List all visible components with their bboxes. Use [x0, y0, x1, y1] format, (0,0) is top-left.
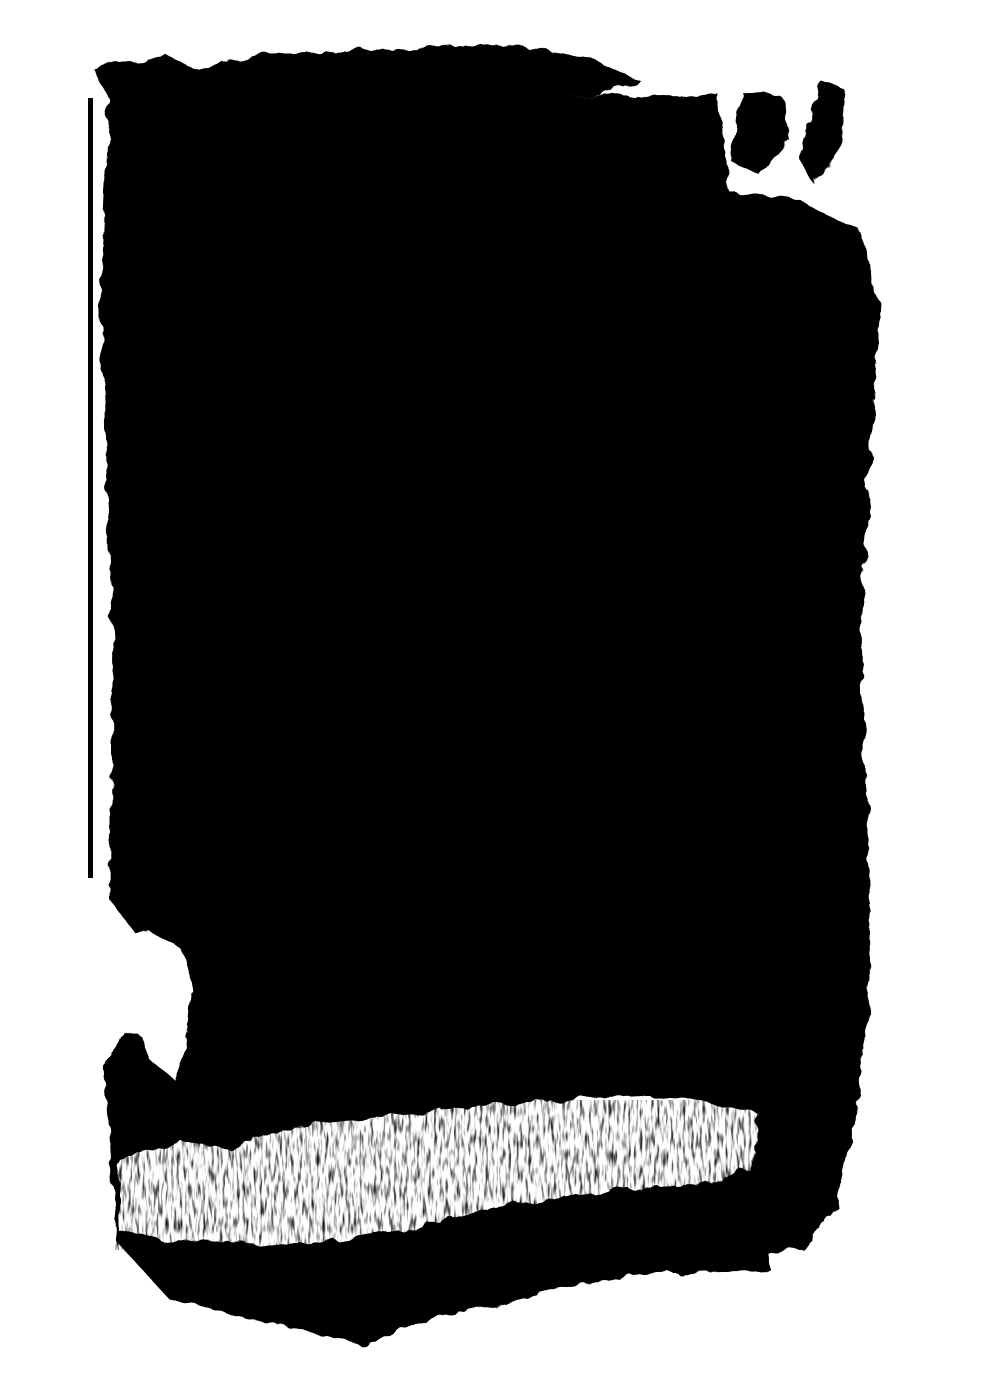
left-edge-line	[88, 98, 93, 878]
band-dark-block	[610, 1190, 770, 1275]
ink-print	[0, 0, 1000, 1400]
